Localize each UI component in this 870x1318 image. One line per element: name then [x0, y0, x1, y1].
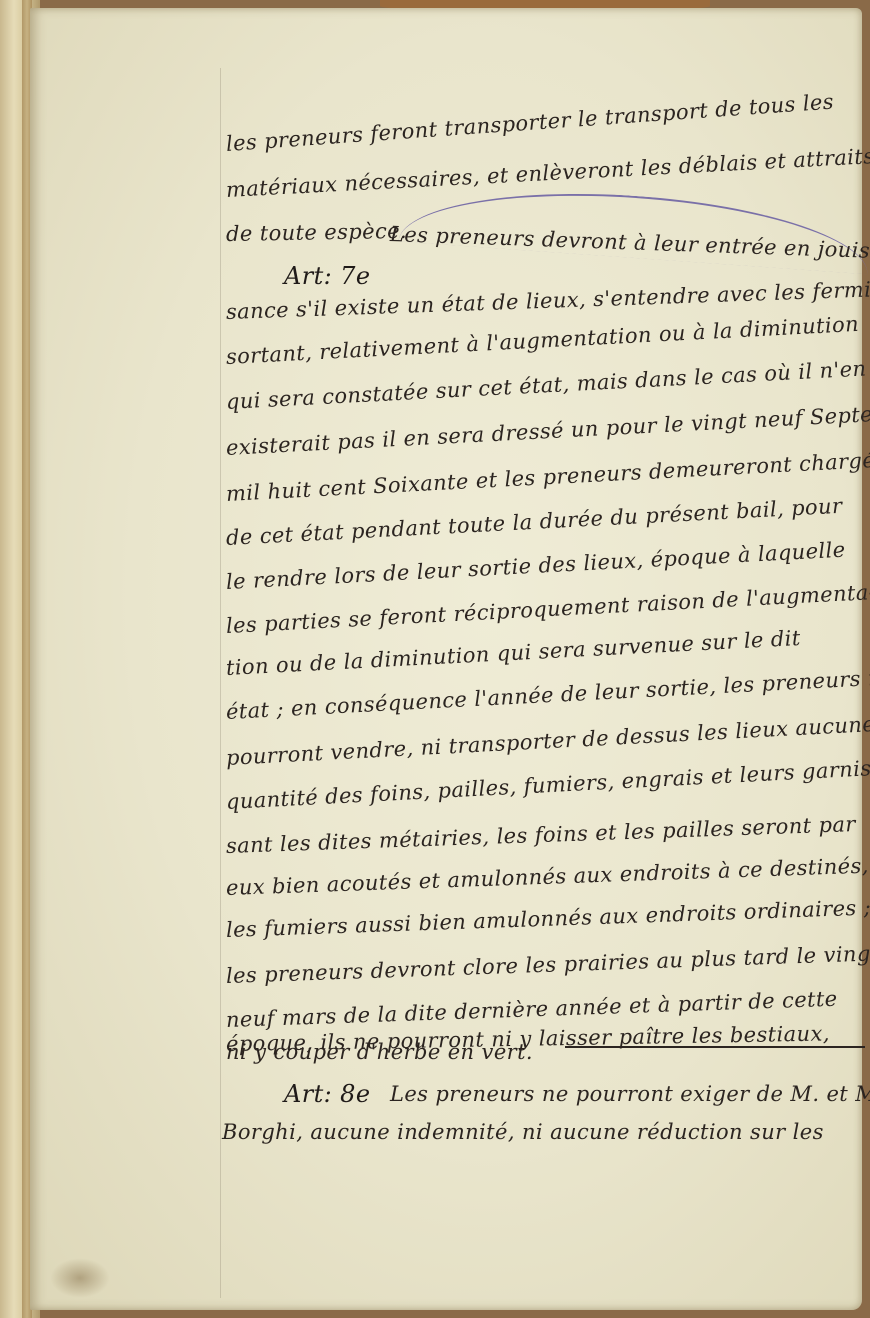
paper-stain [50, 1258, 110, 1298]
text-line: ni y couper d'herbe en vert. [226, 1040, 533, 1064]
text-line: de toute espèce. [226, 219, 407, 246]
article-8-heading: Art: 8e [284, 1080, 370, 1108]
article-7-heading: Art: 7e [284, 262, 370, 290]
margin-rule [220, 68, 221, 1298]
end-of-article-rule [565, 1046, 865, 1048]
text-line: Les preneurs ne pourront exiger de M. et… [390, 1082, 870, 1106]
text-line: Borghi, aucune indemnité, ni aucune rédu… [222, 1120, 824, 1144]
